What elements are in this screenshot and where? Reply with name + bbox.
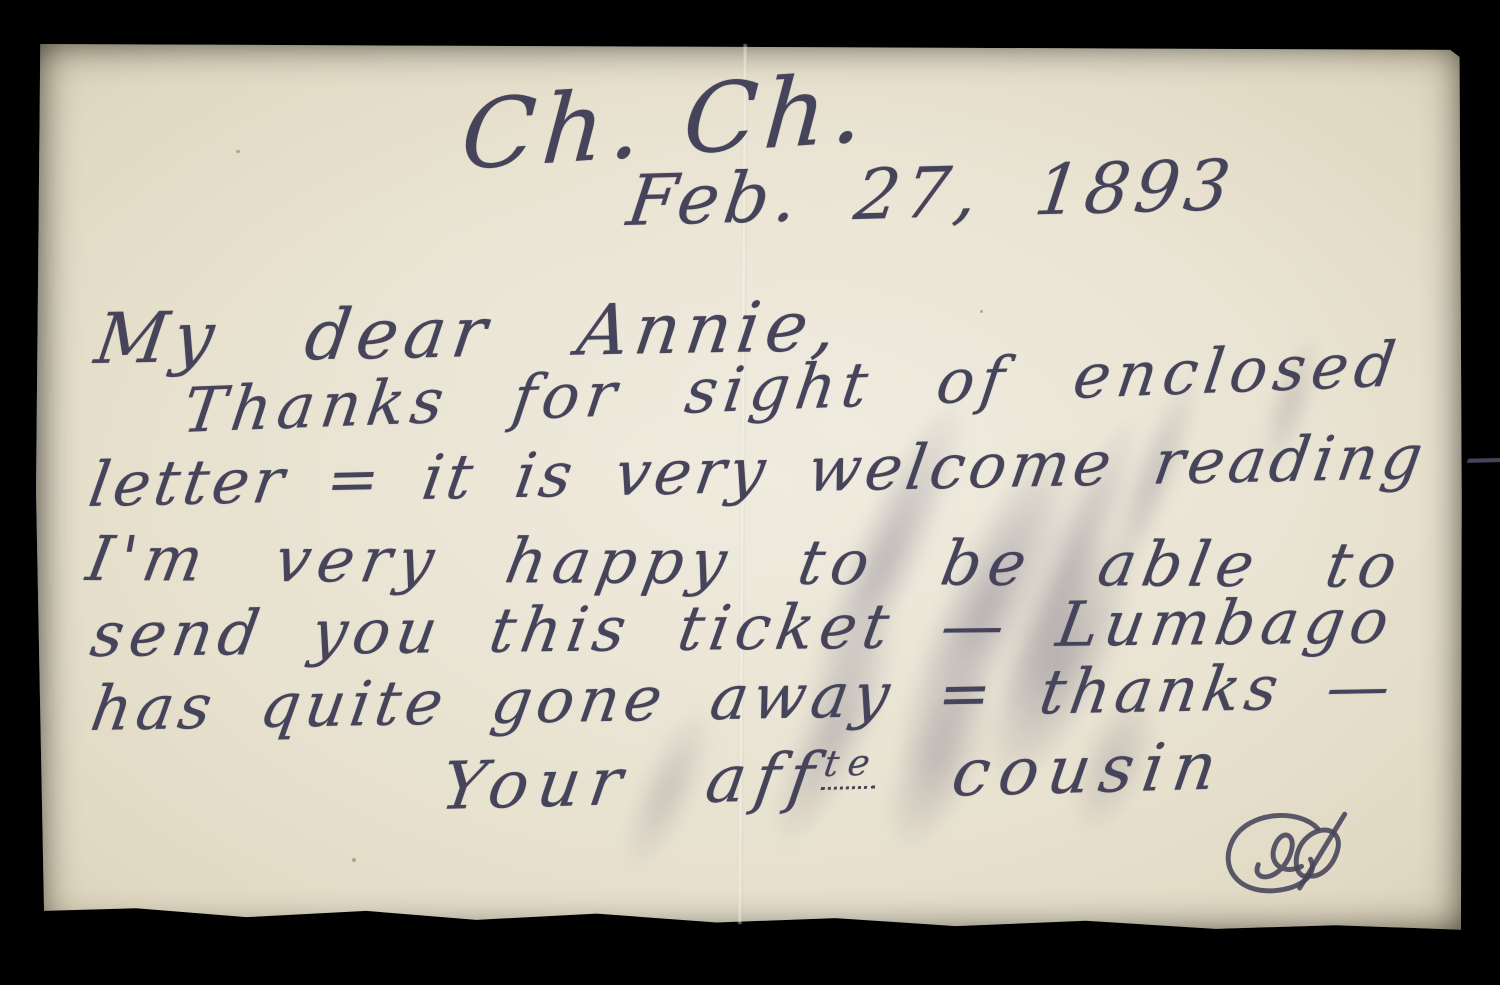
closing-text: Your aff <box>436 738 828 825</box>
signature-monogram-drawing <box>1182 798 1394 906</box>
letter-date: Feb. 27, 1893 <box>623 144 1240 242</box>
paper-speck <box>980 310 983 313</box>
paper-speck <box>352 858 356 862</box>
paper-speck <box>236 150 240 153</box>
signature-monogram <box>1182 798 1394 906</box>
photo-background: { "document": { "type": "handwritten-let… <box>0 0 1500 985</box>
closing-superscript: te <box>820 741 882 790</box>
